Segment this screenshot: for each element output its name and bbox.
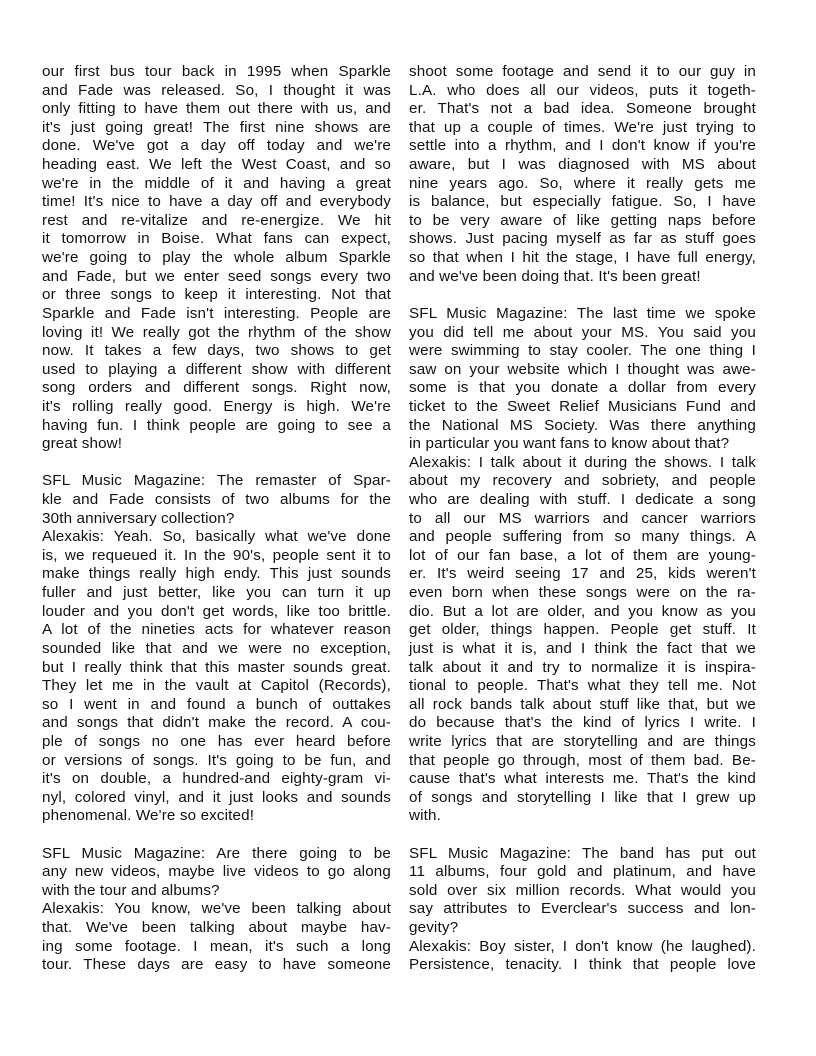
text-line: that people go through, most of them bad… bbox=[409, 752, 756, 771]
paragraph-gap bbox=[42, 826, 391, 845]
text-line: cause that's what interests me. That's t… bbox=[409, 770, 756, 789]
text-line: make things really high endy. This just … bbox=[42, 565, 391, 584]
text-line: 11 albums, four gold and platinum, and h… bbox=[409, 863, 756, 882]
text-line: ing some footage. I mean, it's such a lo… bbox=[42, 938, 391, 957]
text-line: some is that you donate a dollar from ev… bbox=[409, 379, 756, 398]
text-line: L.A. who does all our videos, puts it to… bbox=[409, 82, 756, 101]
text-line: loving it! We really got the rhythm of t… bbox=[42, 324, 391, 343]
text-line: saw on your website which I thought was … bbox=[409, 361, 756, 380]
interview-answer: Alexakis: Boy sister, I don't know (he l… bbox=[409, 938, 756, 975]
text-line: kle and Fade consists of two albums for … bbox=[42, 491, 391, 510]
text-line: rest and re-vitalize and re-energize. We… bbox=[42, 212, 391, 231]
text-line: dio. But a lot are older, and you know a… bbox=[409, 603, 756, 622]
paragraph-gap bbox=[42, 454, 391, 473]
interview-answer: shoot some footage and send it to our gu… bbox=[409, 63, 756, 286]
text-line: is balance, but especially fatigue. So, … bbox=[409, 193, 756, 212]
text-line: SFL Music Magazine: Are there going to b… bbox=[42, 845, 391, 864]
text-line: sold over six million records. What woul… bbox=[409, 882, 756, 901]
text-line: with. bbox=[409, 807, 756, 826]
interview-answer: Alexakis: I talk about it during the sho… bbox=[409, 454, 756, 826]
document-page: our first bus tour back in 1995 when Spa… bbox=[0, 0, 816, 1056]
interview-question: SFL Music Magazine: The band has put out… bbox=[409, 845, 756, 938]
text-line: SFL Music Magazine: The remaster of Spar… bbox=[42, 472, 391, 491]
text-line: now. It takes a few days, two shows to g… bbox=[42, 342, 391, 361]
text-line: and Fade, but we enter seed songs every … bbox=[42, 268, 391, 287]
text-line: it's just going great! The first nine sh… bbox=[42, 119, 391, 138]
text-line: and Fade was released. So, I thought it … bbox=[42, 82, 391, 101]
text-line: tional to people. That's what they tell … bbox=[409, 677, 756, 696]
text-line: nyl, colored vinyl, and it just looks an… bbox=[42, 789, 391, 808]
text-line: SFL Music Magazine: The last time we spo… bbox=[409, 305, 756, 324]
text-line: er. It's weird seeing 17 and 25, kids we… bbox=[409, 565, 756, 584]
text-line: or three songs to keep it interesting. N… bbox=[42, 286, 391, 305]
text-line: but I really think that this master soun… bbox=[42, 659, 391, 678]
text-line: do because that's the kind of lyrics I w… bbox=[409, 714, 756, 733]
text-line: They let me in the vault at Capitol (Rec… bbox=[42, 677, 391, 696]
text-line: Alexakis: You know, we've been talking a… bbox=[42, 900, 391, 919]
text-line: it's on double, a hundred-and eighty-gra… bbox=[42, 770, 391, 789]
interview-question: SFL Music Magazine: The last time we spo… bbox=[409, 305, 756, 454]
interview-question: SFL Music Magazine: Are there going to b… bbox=[42, 845, 391, 901]
text-line: louder and you don't get words, like too… bbox=[42, 603, 391, 622]
text-line: heading east. We left the West Coast, an… bbox=[42, 156, 391, 175]
text-line: Alexakis: I talk about it during the sho… bbox=[409, 454, 756, 473]
text-line: the National MS Society. Was there anyth… bbox=[409, 417, 756, 436]
text-line: even born when these songs were on the r… bbox=[409, 584, 756, 603]
text-line: nine years ago. So, where it really gets… bbox=[409, 175, 756, 194]
text-line: or versions of songs. It's going to be f… bbox=[42, 752, 391, 771]
right-column: shoot some footage and send it to our gu… bbox=[409, 63, 756, 975]
text-line: to be very aware of like getting naps be… bbox=[409, 212, 756, 231]
text-line: lot of our fan base, a lot of them are y… bbox=[409, 547, 756, 566]
text-line: used to playing a different show with di… bbox=[42, 361, 391, 380]
text-line: our first bus tour back in 1995 when Spa… bbox=[42, 63, 391, 82]
text-line: having fun. I think people are going to … bbox=[42, 417, 391, 436]
text-line: Sparkle and Fade isn't interesting. Peop… bbox=[42, 305, 391, 324]
text-line: you did tell me about your MS. You said … bbox=[409, 324, 756, 343]
text-line: so that when I hit the stage, I have ful… bbox=[409, 249, 756, 268]
text-line: and we've been doing that. It's been gre… bbox=[409, 268, 756, 287]
text-line: phenomenal. We're so excited! bbox=[42, 807, 391, 826]
text-line: tour. These days are easy to have someon… bbox=[42, 956, 391, 975]
text-line: talk about it and try to normalize it is… bbox=[409, 659, 756, 678]
text-line: and people suffering from so many things… bbox=[409, 528, 756, 547]
interview-question: SFL Music Magazine: The remaster of Spar… bbox=[42, 472, 391, 528]
text-line: say attributes to Everclear's success an… bbox=[409, 900, 756, 919]
text-line: time! It's nice to have a day off and ev… bbox=[42, 193, 391, 212]
text-line: gevity? bbox=[409, 919, 756, 938]
text-line: it's rolling really good. Energy is high… bbox=[42, 398, 391, 417]
text-line: it tomorrow in Boise. What fans can expe… bbox=[42, 230, 391, 249]
paragraph-gap bbox=[409, 826, 756, 845]
text-line: is, we requeued it. In the 90's, people … bbox=[42, 547, 391, 566]
text-line: Alexakis: Yeah. So, basically what we've… bbox=[42, 528, 391, 547]
text-line: any new videos, maybe live videos to go … bbox=[42, 863, 391, 882]
text-line: only fitting to have them out there with… bbox=[42, 100, 391, 119]
text-line: in particular you want fans to know abou… bbox=[409, 435, 756, 454]
interview-answer: Alexakis: You know, we've been talking a… bbox=[42, 900, 391, 974]
paragraph-gap bbox=[409, 286, 756, 305]
text-line: about my recovery and sobriety, and peop… bbox=[409, 472, 756, 491]
text-line: ticket to the Sweet Relief Musicians Fun… bbox=[409, 398, 756, 417]
text-line: with the tour and albums? bbox=[42, 882, 391, 901]
text-line: write lyrics that are storytelling and a… bbox=[409, 733, 756, 752]
text-line: to all our MS warriors and cancer warrio… bbox=[409, 510, 756, 529]
text-line: er. That's not a bad idea. Someone broug… bbox=[409, 100, 756, 119]
text-line: aware, but I was diagnosed with MS about bbox=[409, 156, 756, 175]
text-line: of songs and storytelling I like that I … bbox=[409, 789, 756, 808]
text-line: sounded like that and we were no excepti… bbox=[42, 640, 391, 659]
text-line: get older, things happen. People get stu… bbox=[409, 621, 756, 640]
text-line: A lot of the nineties acts for whatever … bbox=[42, 621, 391, 640]
text-line: SFL Music Magazine: The band has put out bbox=[409, 845, 756, 864]
text-line: shows. Just pacing myself as far as stuf… bbox=[409, 230, 756, 249]
text-line: all rock bands talk about stuff like tha… bbox=[409, 696, 756, 715]
text-line: Persistence, tenacity. I think that peop… bbox=[409, 956, 756, 975]
body-paragraph: our first bus tour back in 1995 when Spa… bbox=[42, 63, 391, 454]
text-line: so I went in and found a bunch of outtak… bbox=[42, 696, 391, 715]
text-line: we're going to play the whole album Spar… bbox=[42, 249, 391, 268]
text-line: great show! bbox=[42, 435, 391, 454]
text-line: Alexakis: Boy sister, I don't know (he l… bbox=[409, 938, 756, 957]
text-line: 30th anniversary collection? bbox=[42, 510, 391, 529]
text-line: and songs that didn't make the record. A… bbox=[42, 714, 391, 733]
text-line: ple of songs no one has ever heard befor… bbox=[42, 733, 391, 752]
text-line: done. We've got a day off today and we'r… bbox=[42, 137, 391, 156]
text-line: settle into a rhythm, and I don't know i… bbox=[409, 137, 756, 156]
text-line: we're in the middle of it and having a g… bbox=[42, 175, 391, 194]
text-line: fuller and just better, like you can tur… bbox=[42, 584, 391, 603]
left-column: our first bus tour back in 1995 when Spa… bbox=[42, 63, 391, 975]
text-line: just is what it is, and I think the fact… bbox=[409, 640, 756, 659]
text-line: shoot some footage and send it to our gu… bbox=[409, 63, 756, 82]
text-line: that. We've been talking about maybe hav… bbox=[42, 919, 391, 938]
text-line: who are dealing with stuff. I dedicate a… bbox=[409, 491, 756, 510]
text-line: that up a couple of times. We're just tr… bbox=[409, 119, 756, 138]
text-line: were swimming to stay cooler. The one th… bbox=[409, 342, 756, 361]
text-line: song orders and different songs. Right n… bbox=[42, 379, 391, 398]
interview-answer: Alexakis: Yeah. So, basically what we've… bbox=[42, 528, 391, 826]
